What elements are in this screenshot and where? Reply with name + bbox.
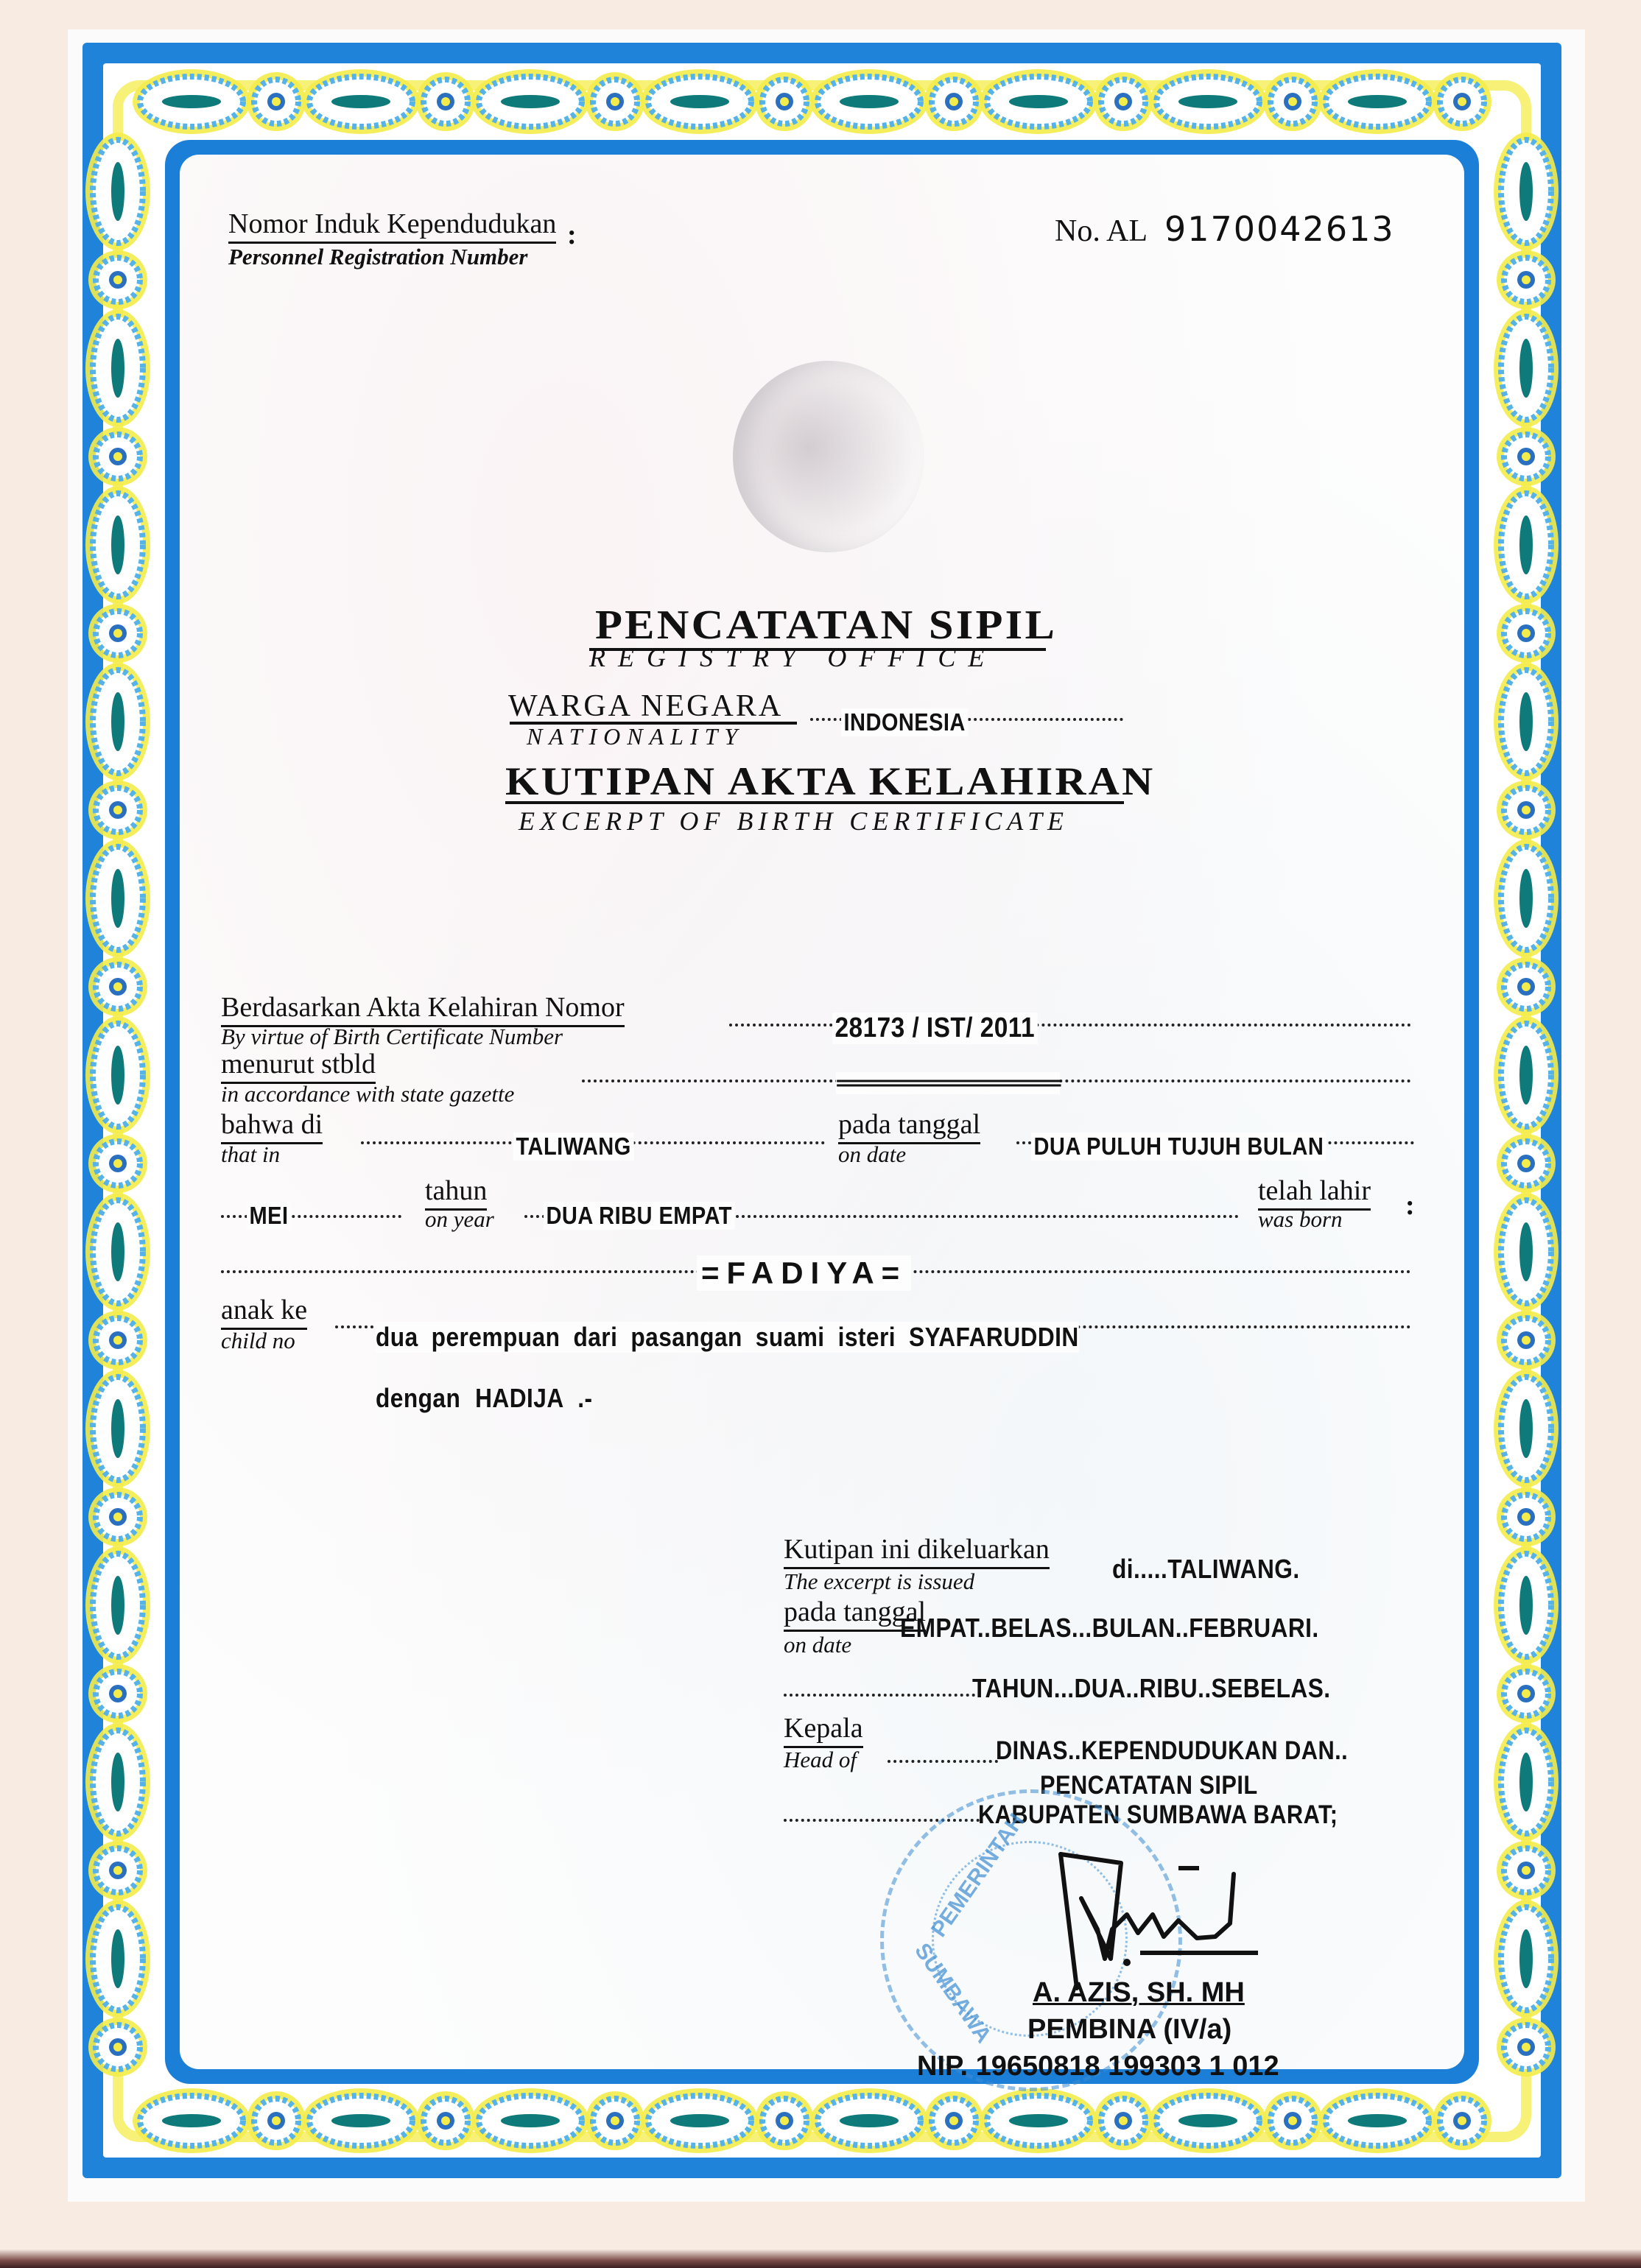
signatory-name: A. AZIS, SH. MH bbox=[1033, 1977, 1245, 2009]
signatory-nip: NIP. 19650818 199303 1 012 bbox=[917, 2051, 1279, 2082]
signature-icon bbox=[0, 0, 1641, 2268]
scan-bottom-edge bbox=[0, 2250, 1641, 2268]
signatory-rank: PEMBINA (IV/a) bbox=[1027, 2014, 1231, 2046]
